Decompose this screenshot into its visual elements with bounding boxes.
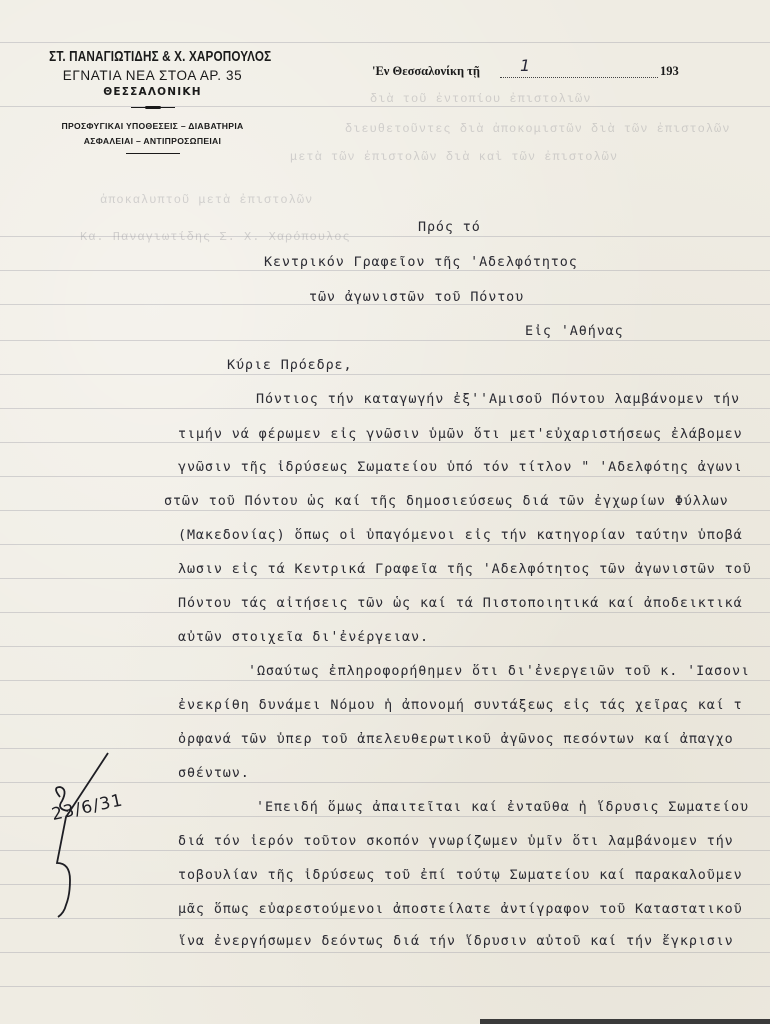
recipient-line-2: Κεντρικόν Γραφεῖον τῆς 'Αδελφότητος bbox=[264, 255, 578, 270]
company-city: ΘΕΣΣΑΛΟΝΙΚΗ bbox=[20, 86, 285, 98]
company-name: ΣΤ. ΠΑΝΑΓΙΩΤΙΔΗΣ & Χ. ΧΑΡΟΠΟΥΛΟΣ bbox=[49, 48, 256, 65]
body-line: Πόντιος τήν καταγωγήν ἐξ''Αμισοῦ Πόντου … bbox=[256, 392, 740, 407]
show-through-text: διευθετοῦντες διὰ ἀποκομιστῶν διὰ τῶν ἐπ… bbox=[345, 122, 730, 136]
recipient-line-3: τῶν ἀγωνιστῶν τοῦ Πόντου bbox=[309, 290, 524, 305]
show-through-text: Κα. Παναγιωτίδης Σ. Χ. Χαρόπουλος bbox=[80, 230, 351, 244]
body-line: ἐνεκρίθη δυνάμει Νόμου ἡ ἀπονομή συντάξε… bbox=[178, 698, 743, 713]
date-year: 193 bbox=[660, 64, 679, 79]
ruled-line bbox=[0, 442, 770, 443]
recipient-line-4: Εἰς 'Αθήνας bbox=[525, 324, 624, 339]
handwritten-bracket-icon bbox=[30, 745, 170, 920]
body-line: ἵνα ἐνεργήσωμεν δεόντως διά τήν ἵδρυσιν … bbox=[178, 934, 734, 949]
body-line: μᾶς ὅπως εὐαρεστούμενοι ἀποστείλατε ἀντί… bbox=[178, 902, 743, 917]
body-line: 'Ωσαύτως ἐπληροφορήθημεν ὅτι δι'ἐνεργειῶ… bbox=[248, 664, 750, 679]
ruled-line bbox=[0, 544, 770, 545]
ruled-line bbox=[0, 476, 770, 477]
ruled-line bbox=[0, 986, 770, 987]
handwritten-annotation: 23/6/31 bbox=[30, 745, 170, 920]
ruled-line bbox=[0, 270, 770, 271]
ruled-line bbox=[0, 510, 770, 511]
show-through-text: ἀποκαλυπτοῦ μετὰ ἐπιστολῶν bbox=[100, 193, 313, 207]
letterhead: ΣΤ. ΠΑΝΑΓΙΩΤΙΔΗΣ & Χ. ΧΑΡΟΠΟΥΛΟΣ ΕΓΝΑΤΙΑ… bbox=[20, 48, 285, 154]
letterhead-rule bbox=[126, 153, 180, 154]
show-through-text: μετὰ τῶν ἐπιστολῶν διὰ καὶ τῶν ἐπιστολῶν bbox=[290, 150, 618, 164]
ruled-line bbox=[0, 646, 770, 647]
company-services: ΠΡΟΣΦΥΓΙΚΑΙ ΥΠΟΘΕΣΕΙΣ – ΔΙΑΒΑΤΗΡΙΑ ΑΣΦΑΛ… bbox=[20, 119, 285, 149]
body-line: στῶν τοῦ Πόντου ὡς καί τῆς δημοσιεύσεως … bbox=[164, 494, 729, 509]
body-line: διά τόν ἱερόν τοῦτον σκοπόν γνωρίζωμεν ὑ… bbox=[178, 834, 734, 849]
ruled-line bbox=[0, 612, 770, 613]
body-line: αὐτῶν στοιχεῖα δι'ἐνέργειαν. bbox=[178, 630, 429, 645]
body-line: τιμήν νά φέρωμεν εἰς γνῶσιν ὑμῶν ὅτι μετ… bbox=[178, 427, 743, 442]
ornament-divider-icon bbox=[131, 106, 175, 109]
body-line: σθέντων. bbox=[178, 766, 250, 781]
ruled-line bbox=[0, 340, 770, 341]
ruled-line bbox=[0, 408, 770, 409]
date-line: 'Εν Θεσσαλονίκη τῇ 1 193 bbox=[372, 64, 692, 82]
salutation: Κύριε Πρόεδρε, bbox=[227, 358, 352, 373]
paper-sheet: διὰ τοῦ ἐντοπίου ἐπιστολιῶν διευθετοῦντε… bbox=[0, 0, 770, 1024]
body-line: 'Επειδή ὅμως ἀπαιτεῖται καί ἐνταῦθα ἡ ἵδ… bbox=[256, 800, 749, 815]
body-line: (Μακεδονίας) ὅπως οἱ ὑπαγόμενοι εἰς τήν … bbox=[178, 528, 743, 543]
ruled-line bbox=[0, 42, 770, 43]
services-line-1: ΠΡΟΣΦΥΓΙΚΑΙ ΥΠΟΘΕΣΕΙΣ – ΔΙΑΒΑΤΗΡΙΑ bbox=[20, 119, 285, 134]
ruled-line bbox=[0, 374, 770, 375]
scan-edge bbox=[480, 1019, 770, 1024]
show-through-text: διὰ τοῦ ἐντοπίου ἐπιστολιῶν bbox=[370, 92, 591, 106]
recipient-line-1: Πρός τό bbox=[418, 220, 481, 235]
ruled-line bbox=[0, 714, 770, 715]
body-line: λωσιν εἰς τά Κεντρικά Γραφεῖα τῆς 'Αδελφ… bbox=[178, 562, 752, 577]
body-line: ὀρφανά τῶν ὑπερ τοῦ ἀπελευθερωτικοῦ ἀγῶν… bbox=[178, 732, 734, 747]
company-address: ΕΓΝΑΤΙΑ ΝΕΑ ΣΤΟΑ ΑΡ. 35 bbox=[20, 68, 285, 83]
body-line: τοβουλίαν τῆς ἱδρύσεως τοῦ ἐπί τούτῳ Σωμ… bbox=[178, 868, 743, 883]
date-day-handwritten: 1 bbox=[520, 56, 530, 75]
date-prefix: 'Εν Θεσσαλονίκη τῇ bbox=[372, 64, 480, 79]
date-dotted-fill bbox=[500, 77, 658, 78]
body-line: γνῶσιν τῆς ἱδρύσεως Σωματείου ὑπό τόν τί… bbox=[178, 460, 743, 475]
ruled-line bbox=[0, 680, 770, 681]
services-line-2: ΑΣΦΑΛΕΙΑΙ – ΑΝΤΙΠΡΟΣΩΠΕΙΑΙ bbox=[20, 134, 285, 149]
ruled-line bbox=[0, 578, 770, 579]
body-line: Πόντου τάς αἰτήσεις τῶν ὡς καί τά Πιστοπ… bbox=[178, 596, 743, 611]
ruled-line bbox=[0, 952, 770, 953]
